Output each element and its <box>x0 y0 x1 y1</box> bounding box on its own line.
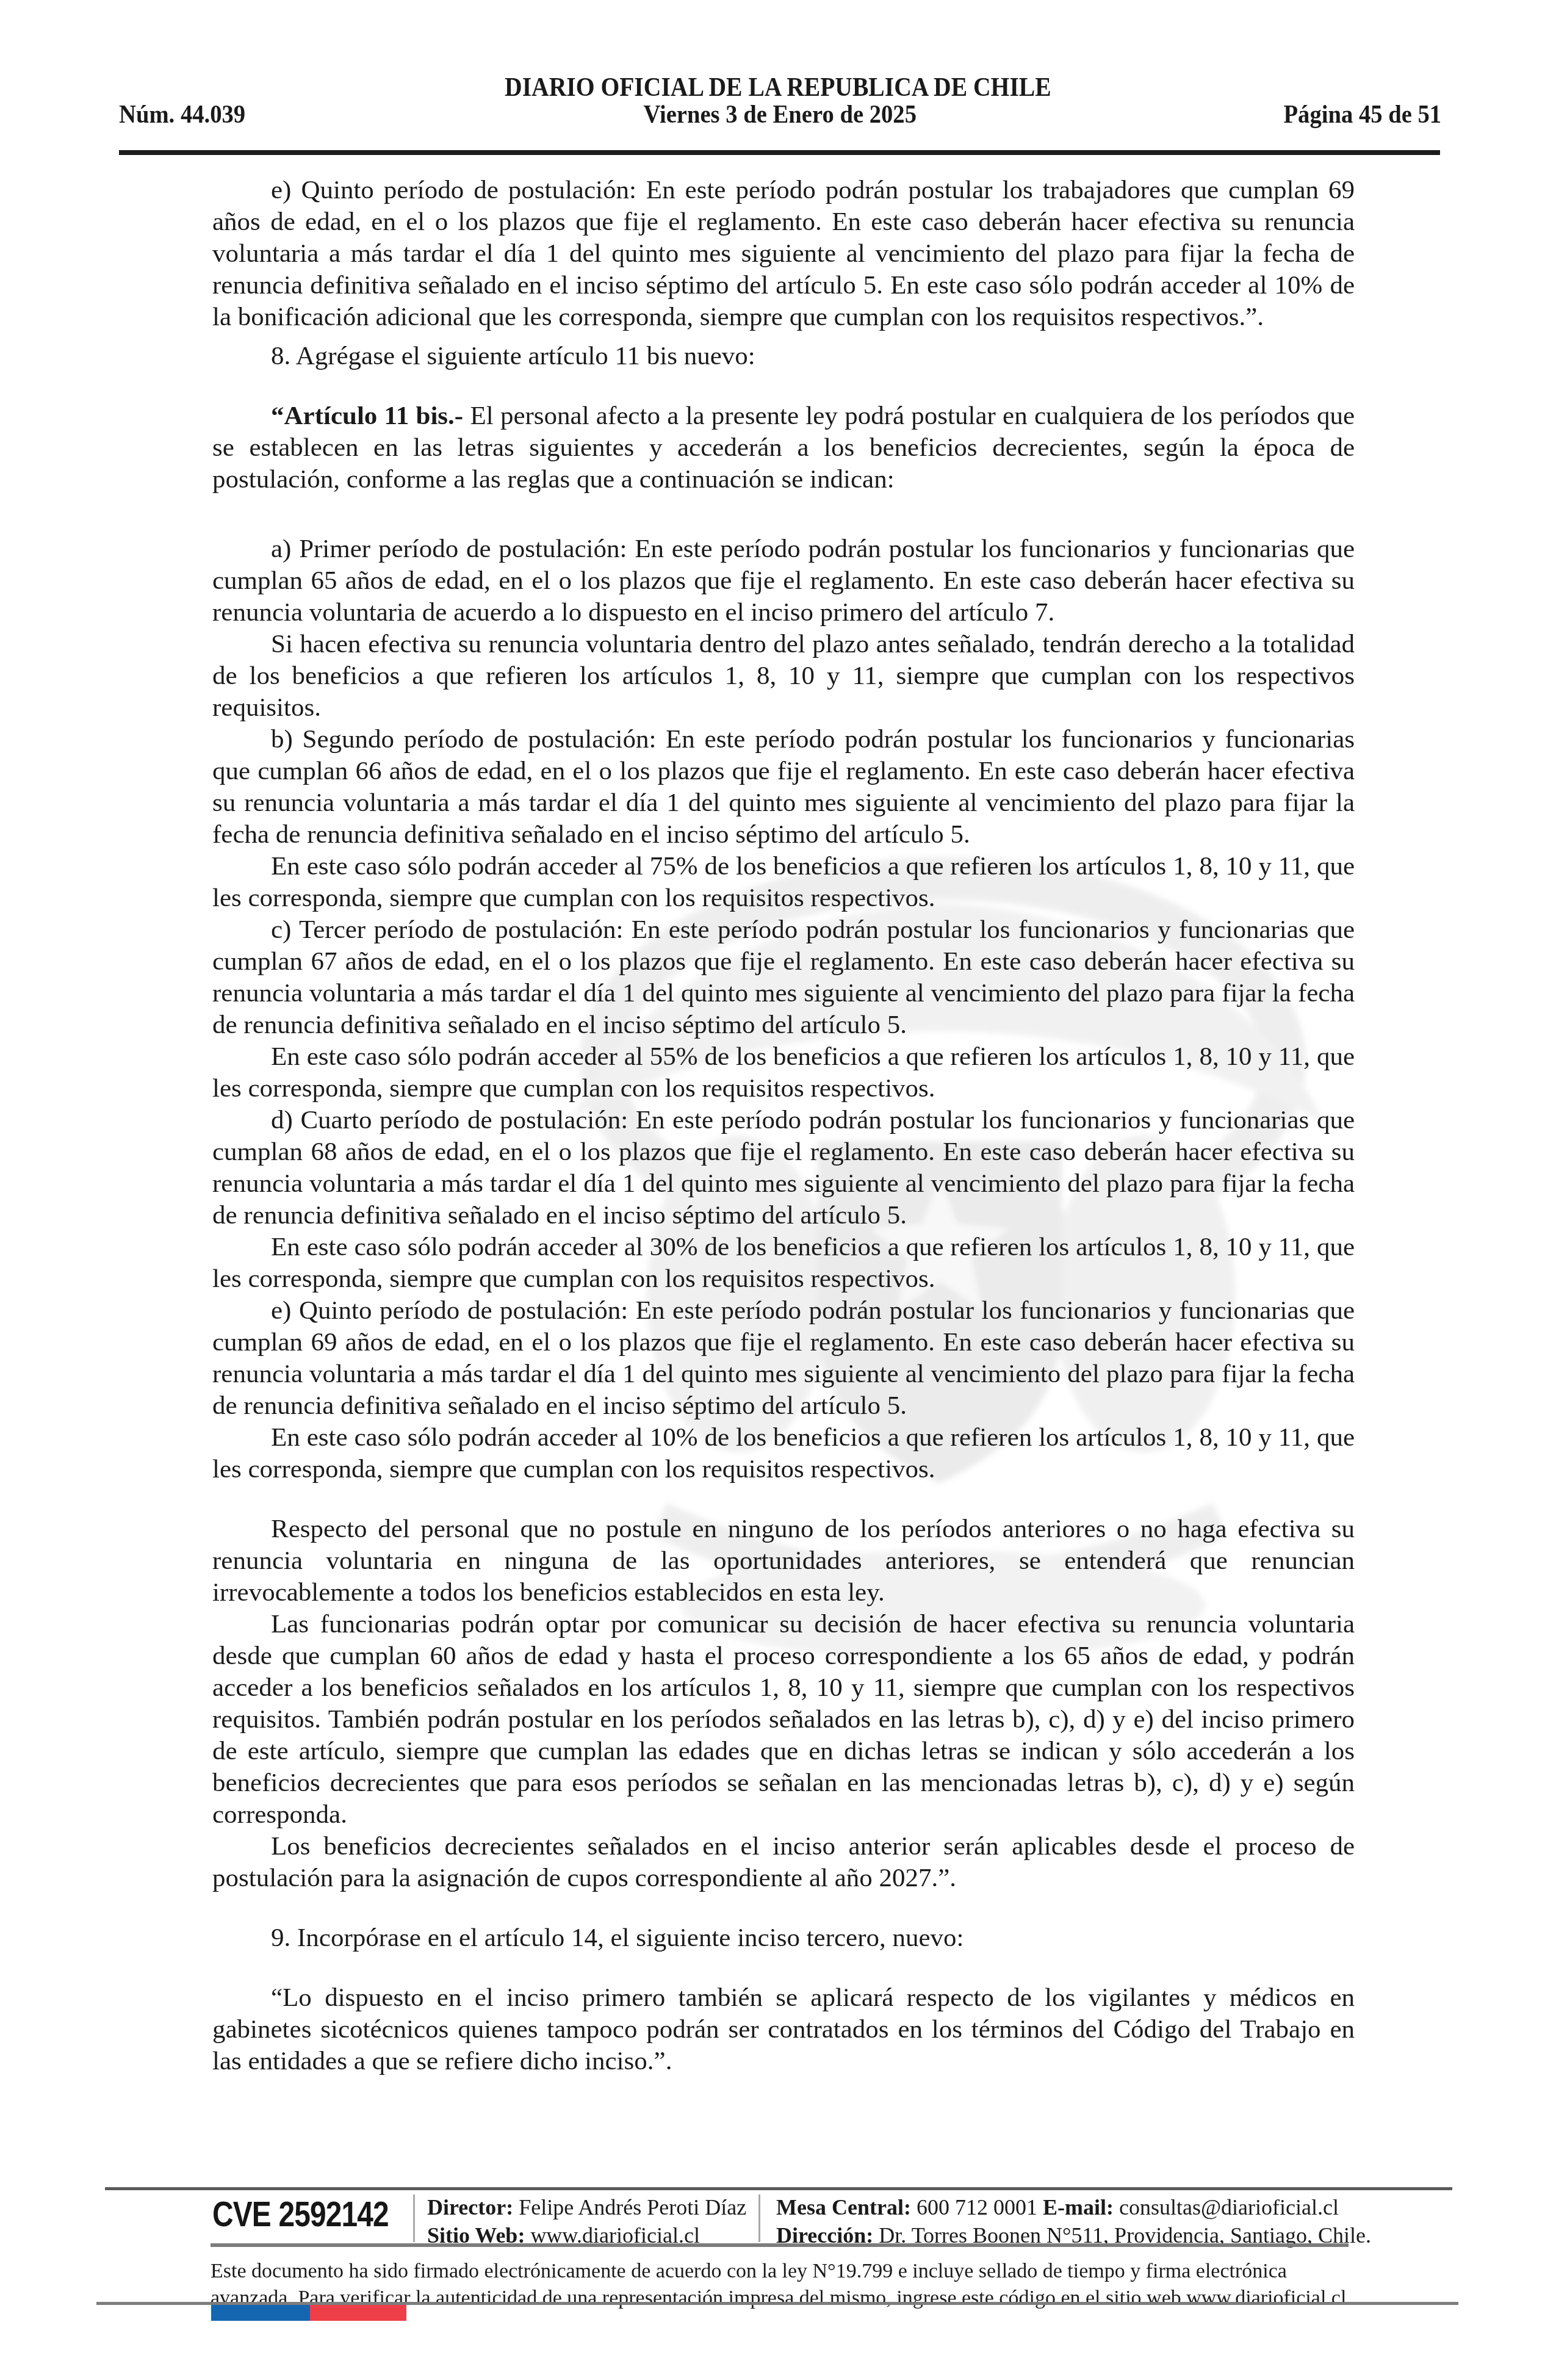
footer-divider-1 <box>413 2194 415 2242</box>
articulo-11-bis-lead: “Artículo 11 bis.- <box>271 402 463 430</box>
director-name: Felipe Andrés Peroti Díaz <box>519 2195 746 2220</box>
paragraph-beneficio-10: En este caso sólo podrán acceder al 10% … <box>212 1422 1355 1485</box>
issue-date: Viernes 3 de Enero de 2025 <box>119 100 1441 129</box>
paragraph-respecto-personal: Respecto del personal que no postule en … <box>212 1513 1355 1609</box>
header-rule <box>119 150 1440 155</box>
paragraph-e-quinto-funcionarios: e) Quinto período de postulación: En est… <box>212 1295 1355 1422</box>
document-page: DIARIO OFICIAL DE LA REPUBLICA DE CHILE … <box>0 0 1556 2380</box>
phone-number: 600 712 0001 <box>917 2195 1037 2220</box>
footer-divider-2 <box>758 2194 760 2242</box>
paragraph-si-hacen-efectiva: Si hacen efectiva su renuncia voluntaria… <box>212 629 1355 724</box>
amendment-item-8: 8. Agrégase el siguiente artículo 11 bis… <box>212 341 1355 372</box>
director-label: Director: <box>427 2195 513 2220</box>
paragraph-articulo-11-bis: “Artículo 11 bis.- El personal afecto a … <box>212 400 1355 496</box>
paragraph-beneficio-75: En este caso sólo podrán acceder al 75% … <box>212 851 1355 914</box>
cve-code: CVE 2592142 <box>212 2194 389 2235</box>
paragraph-e-quinto-trabajadores: e) Quinto período de postulación: En est… <box>212 175 1355 333</box>
footer-middle-rule <box>211 2243 1349 2247</box>
paragraph-b-segundo-periodo: b) Segundo período de postulación: En es… <box>212 724 1355 851</box>
paragraph-lo-dispuesto: “Lo dispuesto en el inciso primero tambi… <box>212 1982 1355 2077</box>
paragraph-c-tercer-periodo: c) Tercer período de postulación: En est… <box>212 914 1355 1041</box>
director-line: Director: Felipe Andrés Peroti Díaz <box>427 2193 746 2221</box>
paragraph-a-primer-periodo: a) Primer período de postulación: En est… <box>212 533 1355 629</box>
paragraph-d-cuarto-periodo: d) Cuarto período de postulación: En est… <box>212 1105 1355 1231</box>
footer-contact-column: Mesa Central: 600 712 0001 E-mail: consu… <box>776 2193 1371 2249</box>
footer-director-column: Director: Felipe Andrés Peroti Díaz Siti… <box>427 2193 746 2249</box>
phone-email-line: Mesa Central: 600 712 0001 E-mail: consu… <box>776 2193 1371 2221</box>
email-address: consultas@diarioficial.cl <box>1119 2195 1339 2220</box>
page-indicator: Página 45 de 51 <box>1283 100 1441 129</box>
document-body: e) Quinto período de postulación: En est… <box>212 175 1355 2077</box>
header-info-row: Núm. 44.039 Viernes 3 de Enero de 2025 P… <box>119 100 1441 133</box>
paragraph-beneficio-30: En este caso sólo podrán acceder al 30% … <box>212 1231 1355 1295</box>
paragraph-beneficios-decrecientes: Los beneficios decrecientes señalados en… <box>212 1831 1355 1894</box>
email-label: E-mail: <box>1043 2195 1114 2220</box>
flag-blue-block <box>211 2305 310 2321</box>
footer-top-rule <box>105 2187 1452 2190</box>
phone-label: Mesa Central: <box>776 2195 911 2220</box>
amendment-item-9: 9. Incorpórase en el artículo 14, el sig… <box>212 1922 1355 1954</box>
paragraph-las-funcionarias: Las funcionarias podrán optar por comuni… <box>212 1609 1355 1831</box>
paragraph-beneficio-55: En este caso sólo podrán acceder al 55% … <box>212 1041 1355 1105</box>
legal-notice-line-1: Este documento ha sido firmado electróni… <box>211 2258 1346 2285</box>
flag-red-block <box>310 2305 406 2321</box>
chile-flag-mark <box>211 2305 406 2321</box>
publication-title: DIARIO OFICIAL DE LA REPUBLICA DE CHILE <box>0 71 1556 103</box>
